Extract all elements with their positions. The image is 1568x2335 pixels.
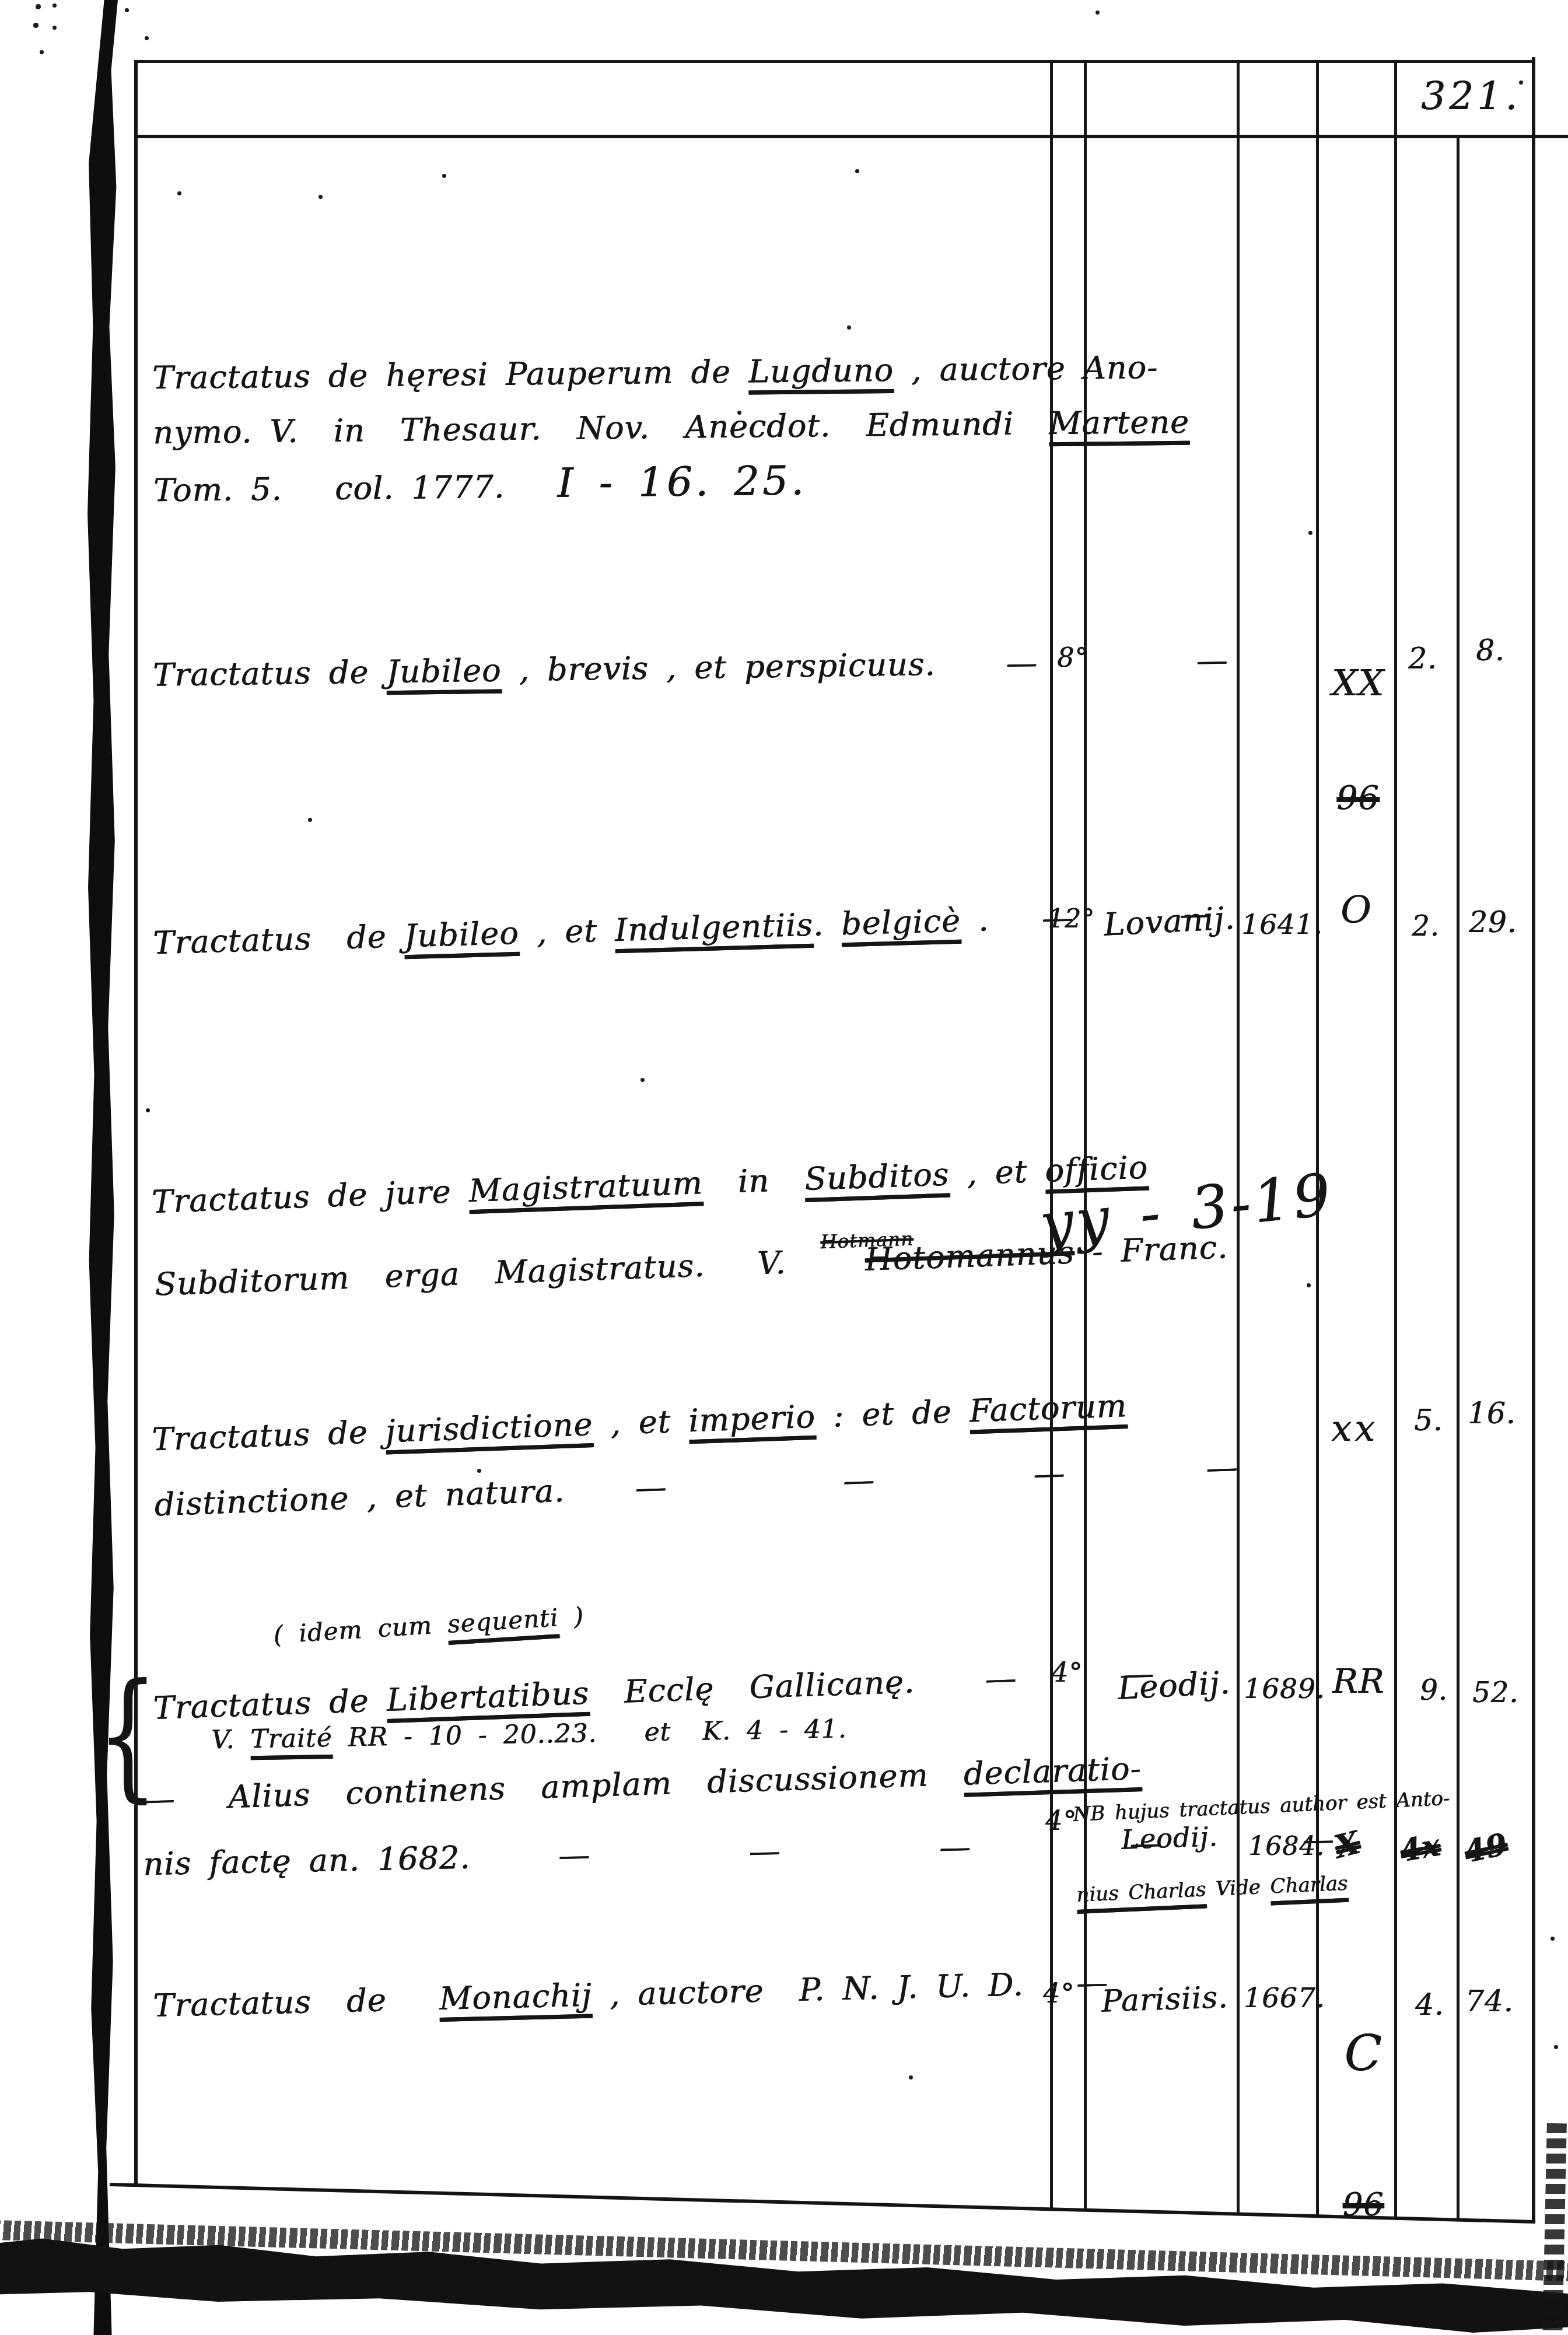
entry-8-place-cell: Parisiis. bbox=[1101, 1980, 1228, 2019]
entry-2-shelf-number-struck: 96 bbox=[1323, 779, 1393, 818]
entry-6-format-cell: 4° bbox=[1051, 1657, 1083, 1688]
entry-1-line-2: nymo. V. in Thesaur. Nov. Anecdot. Edmun… bbox=[153, 395, 1190, 461]
entry-5-shelfmark-cell: xx bbox=[1331, 1407, 1378, 1450]
entry-5-page-cell: 16. bbox=[1468, 1396, 1516, 1430]
entry-3-shelfmark-cell: O bbox=[1340, 889, 1371, 932]
entry-3-volume-cell: 2. bbox=[1412, 910, 1440, 943]
entry-7-page-struck: 49 bbox=[1461, 1826, 1510, 1870]
entry-7-note-line-1: NB hujus tractatus author est Anto- bbox=[1072, 1785, 1450, 1828]
entry-2-shelfmark-cell: XX 96 bbox=[1323, 587, 1393, 895]
entry-6-interline-note: ( idem cum sequenti ) bbox=[272, 1602, 584, 1649]
entry-3-year-cell: 1641. bbox=[1241, 909, 1323, 941]
catalog-entry-1: Tractatus de hęresi Pauperum de Lugduno … bbox=[152, 340, 1191, 519]
entry-3-format-cell: 12° bbox=[1048, 904, 1095, 934]
catalog-entry-8: Tractatus de Monachij , auctore P. N. J.… bbox=[152, 1955, 1109, 2033]
entry-6-shelfmark-cell: RR bbox=[1332, 1661, 1384, 1701]
entry-2-page-cell: 8. bbox=[1476, 633, 1505, 667]
entry-6-year-cell: 1689. bbox=[1244, 1673, 1325, 1705]
table-right-rule bbox=[1532, 57, 1535, 2221]
entry-2-shelf-letters: XX bbox=[1323, 664, 1393, 702]
entry-8-shelf-letter: C bbox=[1325, 2026, 1401, 2080]
entry-7-place-cell: Leodij. bbox=[1121, 1821, 1218, 1856]
table-bottom-rule bbox=[110, 2183, 1535, 2224]
entry-5-volume-cell: 5. bbox=[1414, 1403, 1443, 1437]
catalog-entry-5: Tractatus de jurisdictione , et imperio … bbox=[151, 1370, 1240, 1538]
entry-8-shelfmark-cell: C 96 bbox=[1325, 1919, 1401, 2330]
page-number: 321. bbox=[1421, 73, 1521, 118]
column-rule-volume bbox=[1457, 135, 1459, 2218]
entry-6-place-cell: Leodij. bbox=[1116, 1664, 1231, 1707]
entry-8-shelf-number-struck: 96 bbox=[1325, 2187, 1401, 2222]
entry-1-line-3: Tom. 5. col. 1777. I - 16. 25. bbox=[153, 450, 1191, 519]
entry-7-note-line-2: nius Charlas Vide Charlas bbox=[1076, 1865, 1454, 1909]
entry-2-volume-cell: 2. bbox=[1408, 642, 1437, 675]
entry-3-place-cell: Lovanij. bbox=[1103, 899, 1236, 943]
entry-1-line-1: Tractatus de hęresi Pauperum de Lugduno … bbox=[152, 340, 1189, 406]
entry-6-volume-cell: 9. bbox=[1420, 1674, 1448, 1707]
entry-7-line-1: — Alius continens amplam discussionem de… bbox=[142, 1741, 1142, 1828]
entry-7-volume-struck: 4x bbox=[1397, 1827, 1443, 1869]
entry-7-shelfmark-struck: X bbox=[1331, 1823, 1364, 1865]
entry-8-title: Tractatus de Monachij , auctore P. N. J.… bbox=[152, 1955, 1109, 2033]
entry-2-format-cell: 8° bbox=[1057, 642, 1088, 673]
entry-8-page-cell: 74. bbox=[1465, 1984, 1514, 2018]
table-left-rule bbox=[134, 60, 138, 2186]
catalog-entry-7: — Alius continens amplam discussionem de… bbox=[142, 1741, 1142, 1828]
scan-speckles bbox=[0, 0, 2, 2]
entry-7-year-cell: 1684. bbox=[1248, 1832, 1325, 1861]
entry-8-volume-cell: 4. bbox=[1415, 1988, 1444, 2022]
entry-3-page-cell: 29. bbox=[1469, 905, 1517, 939]
manuscript-catalog-page: 321. Tractatus de hęresi Pauperum de Lug… bbox=[0, 0, 1568, 2335]
entry-8-year-cell: 1667. bbox=[1244, 1982, 1325, 2014]
table-top-rule bbox=[135, 60, 1535, 63]
book-gutter-shadow bbox=[87, 0, 118, 2335]
entry-6-page-cell: 52. bbox=[1472, 1676, 1518, 1709]
table-header-rule bbox=[135, 135, 1568, 138]
entry-8-format-cell: 4° bbox=[1043, 1977, 1074, 2009]
